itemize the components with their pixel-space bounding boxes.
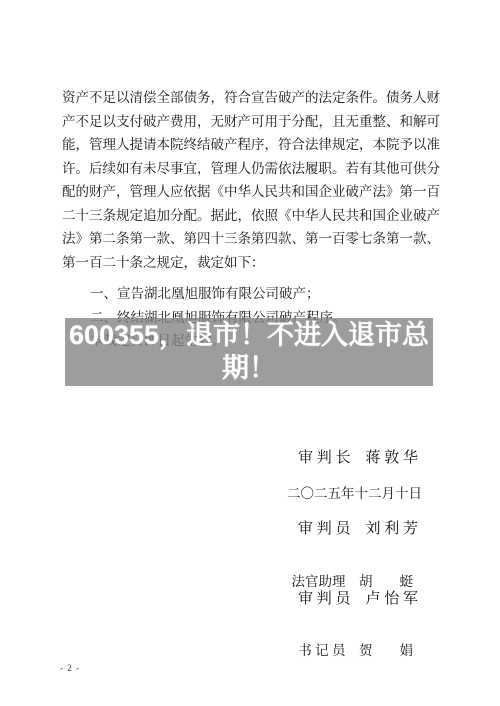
court-staff-block: 法官助理 胡 蜓 书 记 员 贺 娟 xyxy=(292,524,414,685)
body-line: 产不足以支付破产费用，无财产可用于分配，且无重整、和解可 xyxy=(62,110,440,134)
court-clerk-line: 书 记 员 贺 娟 xyxy=(292,639,414,662)
ruling-item-1: 一、宣告湖北凰旭服饰有限公司破产； xyxy=(62,282,440,306)
body-line: 配的财产，管理人应依据《中华人民共和国企业破产法》第一百 xyxy=(62,180,440,204)
headline-line-2: 期！ xyxy=(222,352,276,385)
presiding-judge-line: 审 判 长 蒋 敦 华 xyxy=(298,447,418,471)
court-ruling-page: { "document": { "paragraph_lines": [ "资产… xyxy=(0,0,500,706)
judge-assistant-line: 法官助理 胡 蜓 xyxy=(292,570,414,593)
news-headline-banner: 600355，退市！不进入退市总 期！ xyxy=(65,318,433,386)
body-line: 资产不足以清偿全部债务，符合宣告破产的法定条件。债务人财 xyxy=(62,86,440,110)
ruling-date: 二〇二五年十二月十日 xyxy=(287,482,422,502)
headline-line-1: 600355，退市！不进入退市总 xyxy=(69,319,429,352)
body-line: 第一百二十条之规定，裁定如下： xyxy=(62,251,440,275)
body-line: 二十三条规定追加分配。据此，依照《中华人民共和国企业破产 xyxy=(62,204,440,228)
page-number: - 2 - xyxy=(60,663,80,673)
body-line: 许。后续如有未尽事宜，管理人仍需依法履职。若有其他可供分 xyxy=(62,157,440,181)
ruling-body: 资产不足以清偿全部债务，符合宣告破产的法定条件。债务人财 产不足以支付破产费用，… xyxy=(62,86,440,353)
body-line: 能，管理人提请本院终结破产程序，符合法律规定，本院予以准 xyxy=(62,133,440,157)
body-line: 法》第二条第一款、第四十三条第四款、第一百零七条第一款、 xyxy=(62,227,440,251)
